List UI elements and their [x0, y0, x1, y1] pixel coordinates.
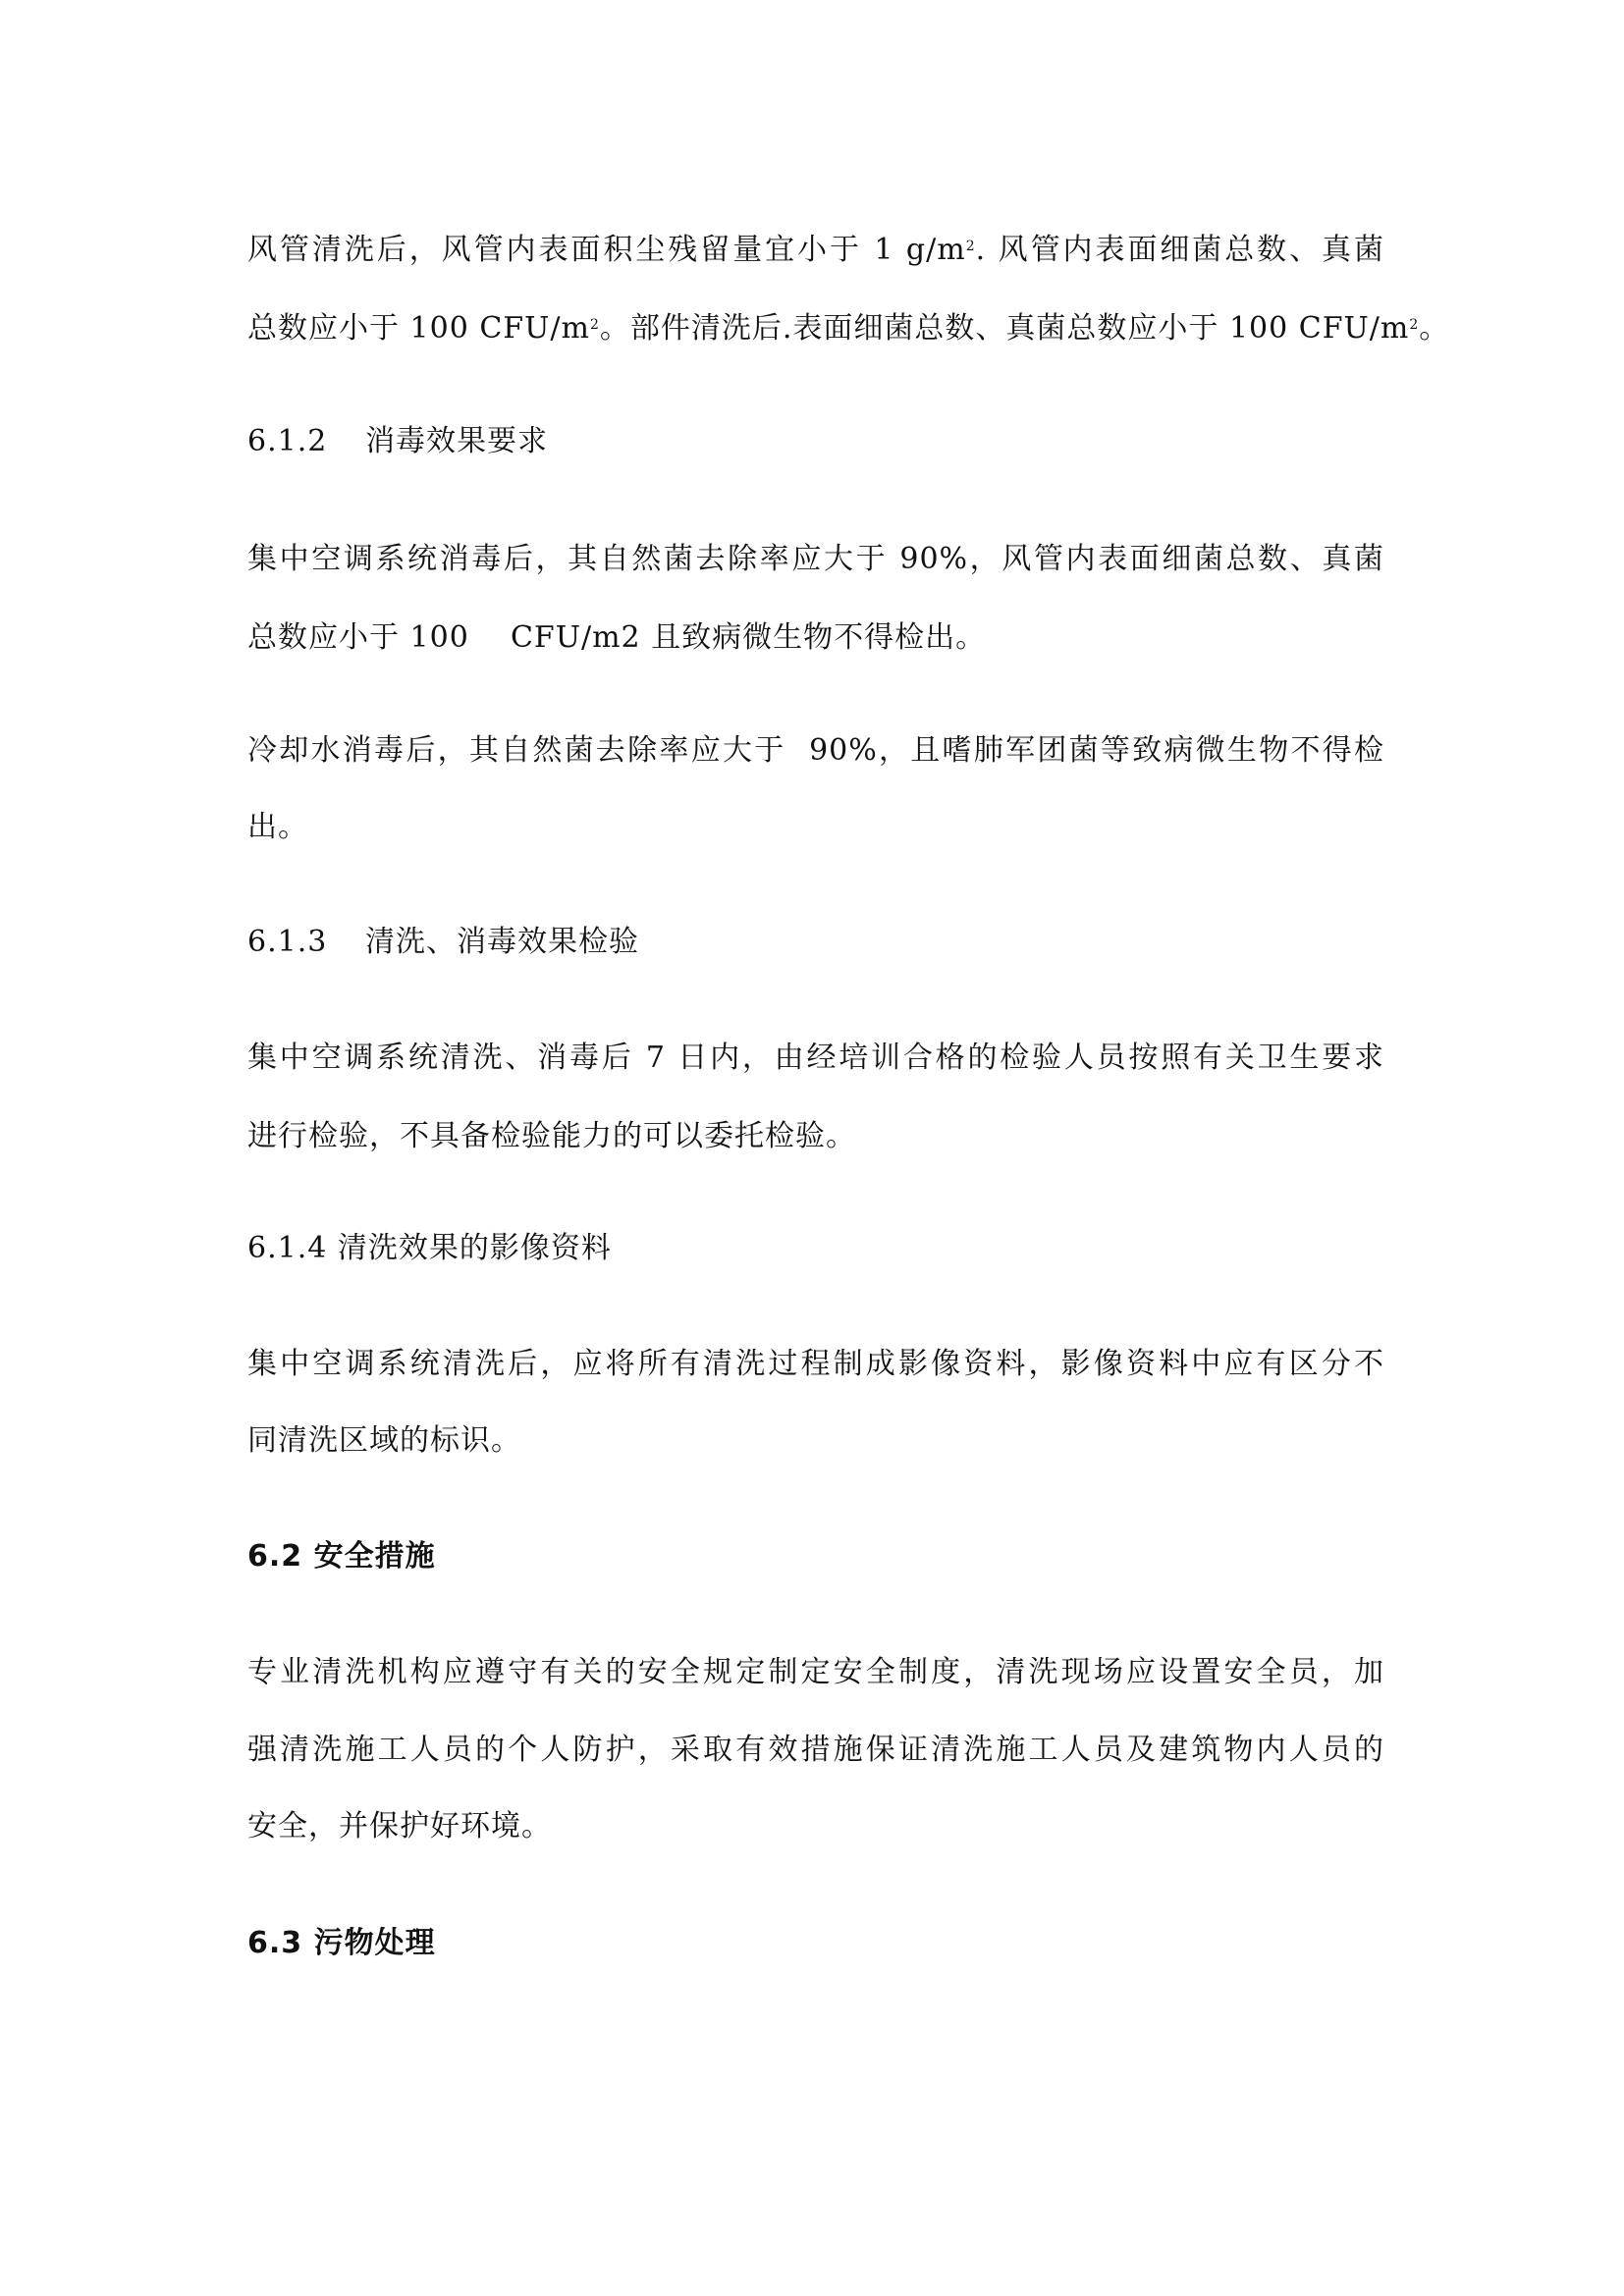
text-span: 。	[1419, 311, 1449, 346]
text-span: 风管清洗后，风管内表面积尘残留量宜小于 1 g/m	[247, 233, 966, 267]
text-span: . 风管内表面细菌总数、真菌	[976, 233, 1384, 267]
superscript: 2	[966, 239, 976, 254]
text-span: 总数应小于 100 CFU/m	[247, 311, 590, 346]
paragraph-inspection-line-1: 集中空调系统清洗、消毒后 7 日内，由经培训合格的检验人员按照有关卫生要求	[247, 1039, 1384, 1078]
section-heading-6-2: 6.2 安全措施	[247, 1537, 436, 1576]
paragraph-imaging-line-2: 同清洗区域的标识。	[247, 1421, 521, 1461]
section-heading-6-3: 6.3 污物处理	[247, 1924, 436, 1963]
section-title: 清洗、消毒效果检验	[365, 925, 639, 959]
section-title: 消毒效果要求	[365, 424, 548, 458]
paragraph-safety-line-2: 强清洗施工人员的个人防护，采取有效措施保证清洗施工人员及建筑物内人员的	[247, 1731, 1384, 1770]
paragraph-inspection-line-2: 进行检验，不具备检验能力的可以委托检验。	[247, 1117, 856, 1156]
text-span: 。部件清洗后.表面细菌总数、真菌总数应小于 100 CFU/m	[600, 311, 1409, 346]
paragraph-safety-line-3: 安全，并保护好环境。	[247, 1807, 552, 1846]
paragraph-duct-cleaning-line-1: 风管清洗后，风管内表面积尘残留量宜小于 1 g/m2. 风管内表面细菌总数、真菌	[247, 231, 1384, 270]
paragraph-disinfection-line-2: 总数应小于 100 CFU/m2 且致病微生物不得检出。	[247, 618, 986, 658]
paragraph-cooling-water-line-1: 冷却水消毒后，其自然菌去除率应大于 90%，且嗜肺军团菌等致病微生物不得检	[247, 731, 1384, 771]
superscript: 2	[590, 317, 600, 333]
paragraph-duct-cleaning-line-2: 总数应小于 100 CFU/m2。部件清洗后.表面细菌总数、真菌总数应小于 10…	[247, 309, 1384, 348]
paragraph-cooling-water-line-2: 出。	[247, 808, 308, 847]
section-number: 6.1.3	[247, 923, 365, 962]
section-heading-6-1-3: 6.1.3清洗、消毒效果检验	[247, 923, 639, 962]
paragraph-imaging-line-1: 集中空调系统清洗后，应将所有清洗过程制成影像资料，影像资料中应有区分不	[247, 1345, 1384, 1384]
paragraph-safety-line-1: 专业清洗机构应遵守有关的安全规定制定安全制度，清洗现场应设置安全员，加	[247, 1653, 1384, 1692]
section-number: 6.1.2	[247, 422, 365, 461]
superscript: 2	[1409, 317, 1419, 333]
section-heading-6-1-2: 6.1.2消毒效果要求	[247, 422, 548, 461]
paragraph-disinfection-line-1: 集中空调系统消毒后，其自然菌去除率应大于 90%，风管内表面细菌总数、真菌	[247, 540, 1384, 579]
section-heading-6-1-4: 6.1.4 清洗效果的影像资料	[247, 1229, 612, 1268]
